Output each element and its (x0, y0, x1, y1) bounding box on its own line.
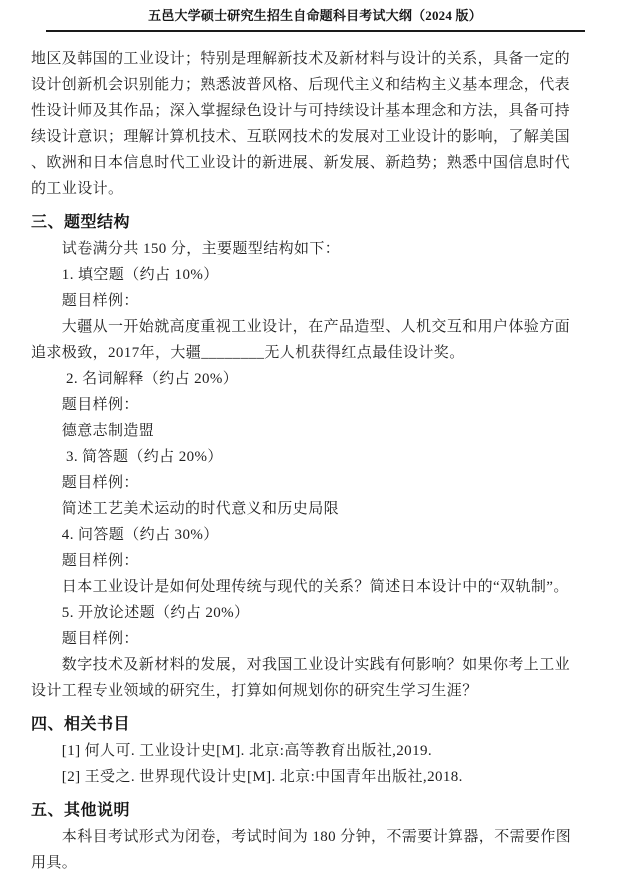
page-header-title: 五邑大学硕士研究生招生自命题科目考试大纲（2024 版） (46, 7, 585, 25)
text-line: 设计创新机会识别能力；熟悉波普风格、后现代主义和结构主义基本理念，代表 (31, 72, 587, 98)
text-line: 的工业设计。 (31, 176, 587, 202)
page-header: 五邑大学硕士研究生招生自命题科目考试大纲（2024 版） (46, 0, 585, 32)
document-body: 地区及韩国的工业设计；特别是理解新技术及新材料与设计的关系，具备一定的设计创新机… (31, 32, 587, 876)
text-line: 试卷满分共 150 分，主要题型结构如下： (31, 236, 587, 262)
section-heading: 三、题型结构 (31, 210, 587, 236)
text-line: 数字技术及新材料的发展，对我国工业设计实践有何影响？如果你考上工业 (31, 652, 587, 678)
section-heading: 五、其他说明 (31, 798, 587, 824)
text-line: 题目样例： (31, 392, 587, 418)
text-line: 本科目考试形式为闭卷，考试时间为 180 分钟，不需要计算器，不需要作图 (31, 824, 587, 850)
text-line: 题目样例： (31, 548, 587, 574)
text-line: 简述工艺美术运动的时代意义和历史局限 (31, 496, 587, 522)
section-heading: 四、相关书目 (31, 712, 587, 738)
text-line: 3. 简答题（约占 20%） (31, 444, 587, 470)
text-line: 地区及韩国的工业设计；特别是理解新技术及新材料与设计的关系，具备一定的 (31, 46, 587, 72)
text-line: 、欧洲和日本信息时代工业设计的新进展、新发展、新趋势；熟悉中国信息时代 (31, 150, 587, 176)
text-line: 1. 填空题（约占 10%） (31, 262, 587, 288)
text-line: [1] 何人可. 工业设计史[M]. 北京:高等教育出版社,2019. (31, 738, 587, 764)
text-line: 2. 名词解释（约占 20%） (31, 366, 587, 392)
text-line: 性设计师及其作品；深入掌握绿色设计与可持续设计基本理念和方法，具备可持 (31, 98, 587, 124)
text-line: 设计工程专业领域的研究生，打算如何规划你的研究生学习生涯？ (31, 678, 587, 704)
text-line: 德意志制造盟 (31, 418, 587, 444)
text-line: 4. 问答题（约占 30%） (31, 522, 587, 548)
text-line: 题目样例： (31, 470, 587, 496)
text-line: 日本工业设计是如何处理传统与现代的关系？简述日本设计中的“双轨制”。 (31, 574, 587, 600)
text-line: 题目样例： (31, 288, 587, 314)
text-line: 续设计意识；理解计算机技术、互联网技术的发展对工业设计的影响，了解美国 (31, 124, 587, 150)
text-line: 追求极致，2017年，大疆________无人机获得红点最佳设计奖。 (31, 340, 587, 366)
text-line: 5. 开放论述题（约占 20%） (31, 600, 587, 626)
text-line: 用具。 (31, 850, 587, 876)
document-page: 五邑大学硕士研究生招生自命题科目考试大纲（2024 版） 地区及韩国的工业设计；… (0, 0, 630, 886)
text-line: 题目样例： (31, 626, 587, 652)
text-line: 大疆从一开始就高度重视工业设计，在产品造型、人机交互和用户体验方面 (31, 314, 587, 340)
text-line: [2] 王受之. 世界现代设计史[M]. 北京:中国青年出版社,2018. (31, 764, 587, 790)
